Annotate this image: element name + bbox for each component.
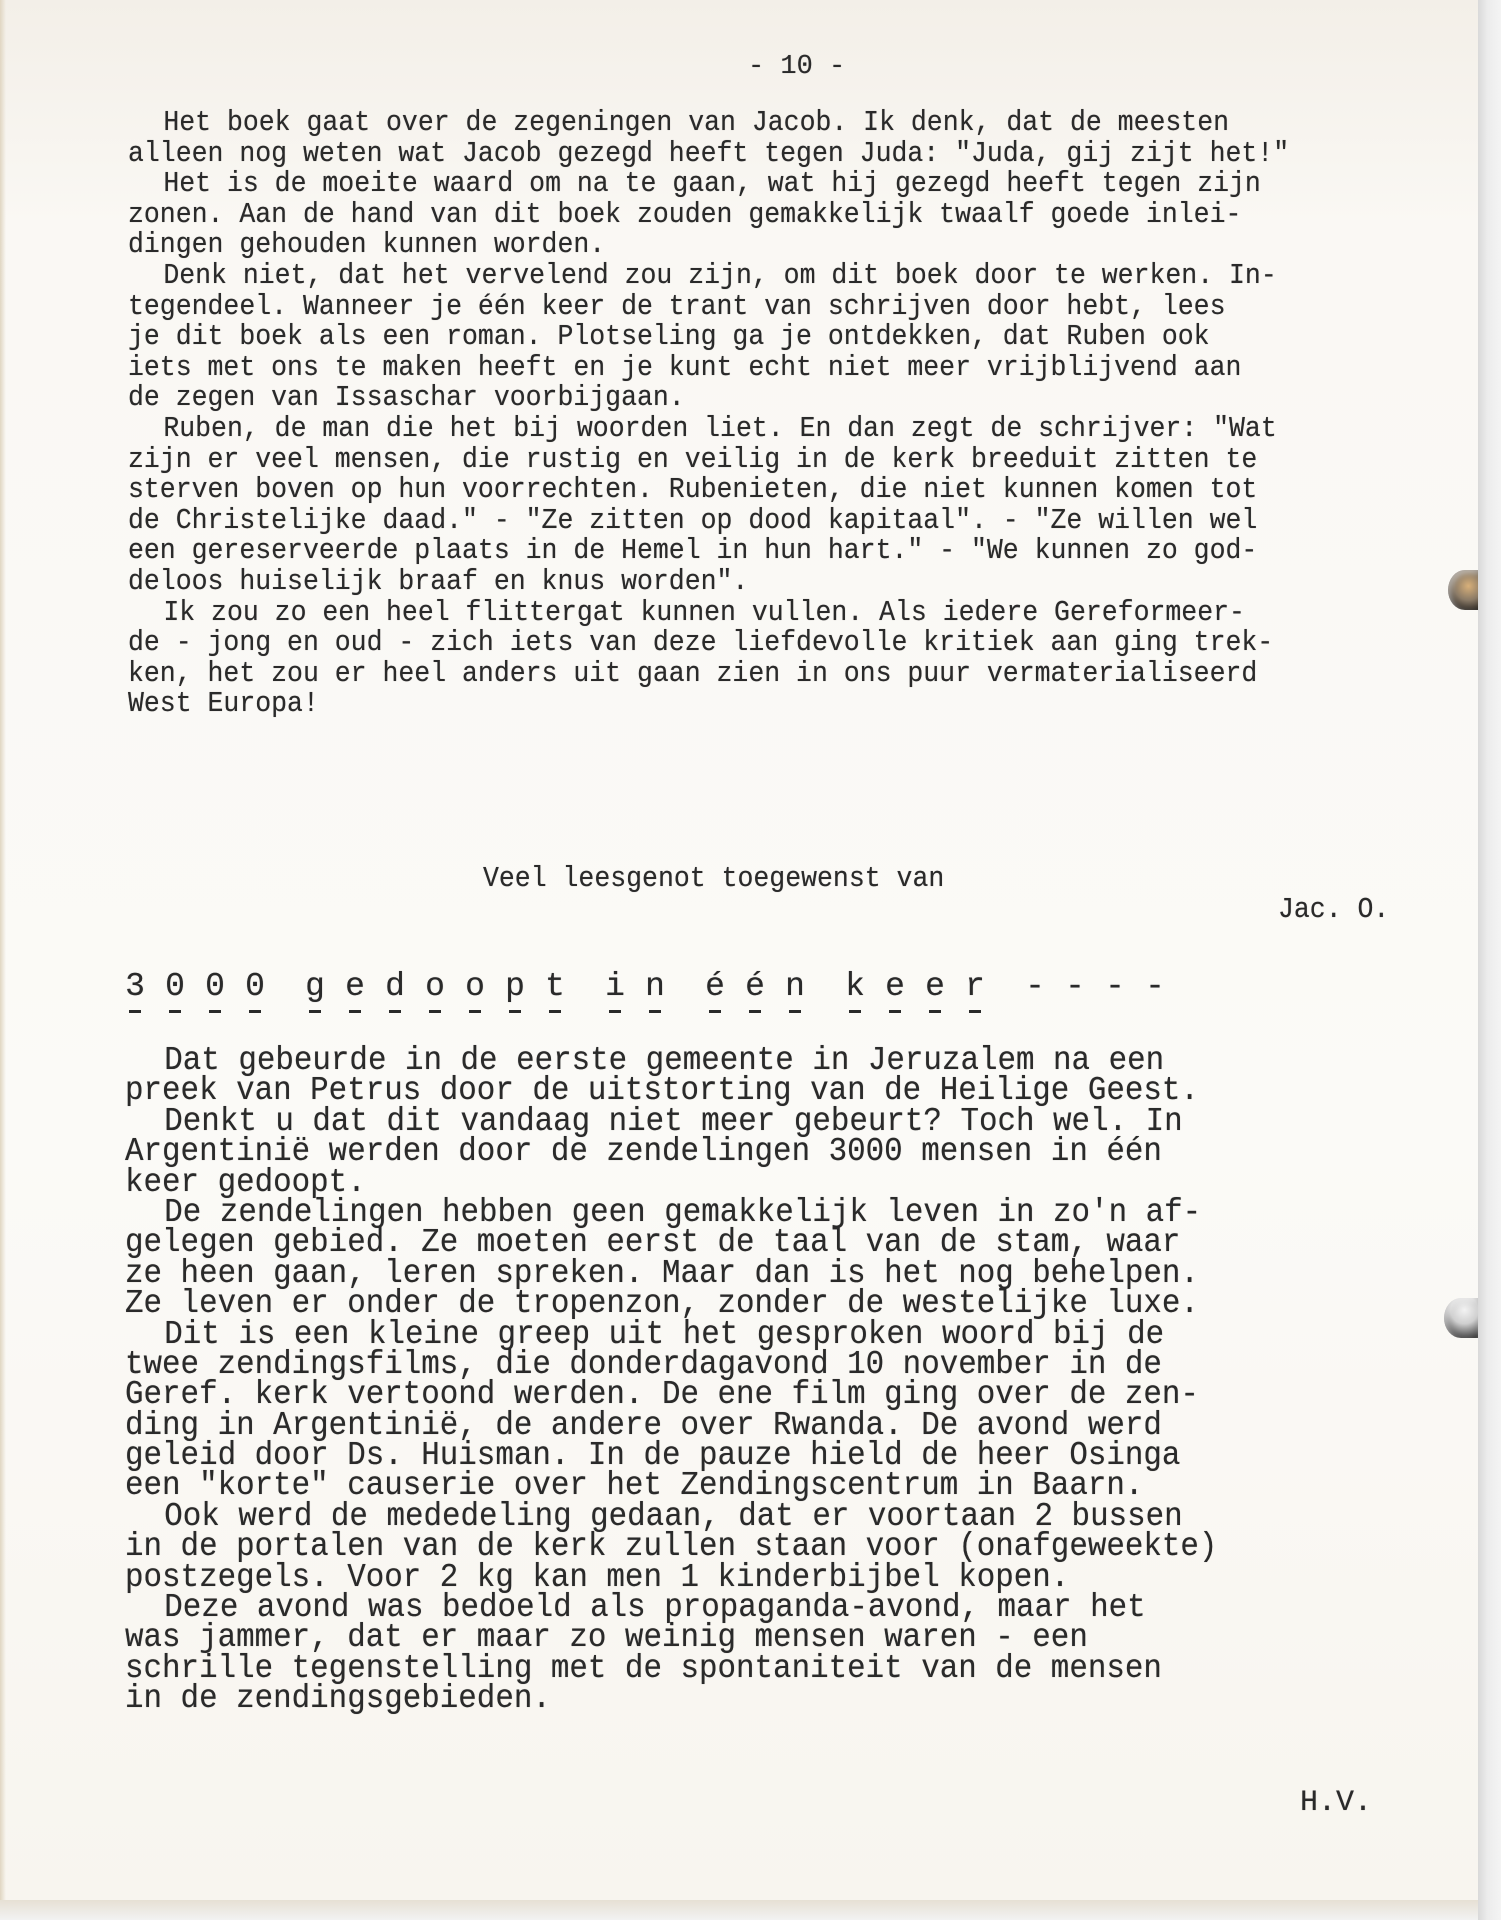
- document-page: - 10 - Het boek gaat over de zegeningen …: [0, 0, 1478, 1900]
- text-line: West Europa!: [128, 689, 1289, 720]
- heading-letter: é: [745, 968, 765, 1008]
- text-line: iets met ons te maken heeft en je kunt e…: [128, 353, 1289, 384]
- heading-letter: i: [605, 968, 625, 1008]
- heading-letter: é: [705, 968, 725, 1008]
- heading-letter: r: [965, 968, 985, 1008]
- text-line: de - jong en oud - zich iets van deze li…: [128, 628, 1289, 659]
- heading-letter: o: [465, 968, 485, 1008]
- article-heading: 3000gedooptinéénkeer----: [125, 968, 1185, 1008]
- text-line: ken, het zou er heel anders uit gaan zie…: [128, 659, 1289, 690]
- heading-dash: -: [1105, 968, 1125, 1008]
- heading-letter: e: [885, 968, 905, 1008]
- page-number: - 10 -: [748, 52, 845, 82]
- text-line: je dit boek als een roman. Plotseling ga…: [128, 322, 1289, 353]
- text-line: in de zendingsgebieden.: [125, 1684, 1217, 1714]
- heading-letter: d: [385, 968, 405, 1008]
- heading-dash: -: [1025, 968, 1045, 1008]
- author-signature-jac-o: Jac. O.: [1278, 893, 1389, 926]
- text-line: alleen nog weten wat Jacob gezegd heeft …: [128, 139, 1289, 170]
- text-line: een gereserveerde plaats in de Hemel in …: [128, 536, 1289, 567]
- page-edge-shadow: [1478, 0, 1501, 1920]
- text-line: Ze leven er onder de tropenzon, zonder d…: [125, 1289, 1217, 1319]
- heading-letter: o: [425, 968, 445, 1008]
- binder-hole-bottom: [1444, 1298, 1478, 1338]
- text-line: de Christelijke daad." - "Ze zitten op d…: [128, 506, 1289, 537]
- author-signature-hv: H.V.: [1300, 1786, 1372, 1820]
- text-line: tegendeel. Wanneer je één keer de trant …: [128, 292, 1289, 323]
- heading-letter: e: [925, 968, 945, 1008]
- heading-letter: n: [645, 968, 665, 1008]
- closing-line: Veel leesgenot toegewenst van: [483, 862, 944, 895]
- heading-dash: -: [1145, 968, 1165, 1008]
- heading-letter: 0: [205, 968, 225, 1008]
- text-line: sterven boven op hun voorrechten. Rubeni…: [128, 475, 1289, 506]
- text-line: dingen gehouden kunnen worden.: [128, 230, 1289, 261]
- text-line: Argentinië werden door de zendelingen 30…: [125, 1137, 1217, 1167]
- text-line: zijn er veel mensen, die rustig en veili…: [128, 445, 1289, 476]
- heading-letter: t: [545, 968, 565, 1008]
- text-line: Ruben, de man die het bij woorden liet. …: [128, 414, 1289, 445]
- heading-letter: e: [345, 968, 365, 1008]
- text-line: Ik zou zo een heel flittergat kunnen vul…: [128, 598, 1289, 629]
- heading-letter: g: [305, 968, 325, 1008]
- text-line: Het boek gaat over de zegeningen van Jac…: [128, 108, 1289, 139]
- baptism-article-section: Dat gebeurde in de eerste gemeente in Je…: [125, 1046, 1217, 1715]
- text-line: de zegen van Issaschar voorbijgaan.: [128, 383, 1289, 414]
- page-bottom-edge: [0, 1900, 1478, 1920]
- heading-letter: k: [845, 968, 865, 1008]
- heading-dash: -: [1065, 968, 1085, 1008]
- text-line: deloos huiselijk braaf en knus worden".: [128, 567, 1289, 598]
- text-line: Het is de moeite waard om na te gaan, wa…: [128, 169, 1289, 200]
- book-review-section: Het boek gaat over de zegeningen van Jac…: [128, 108, 1289, 720]
- heading-letter: n: [785, 968, 805, 1008]
- page-left-edge: [0, 0, 6, 1920]
- heading-letter: 0: [165, 968, 185, 1008]
- binder-hole-top: [1448, 570, 1482, 610]
- text-line: Denk niet, dat het vervelend zou zijn, o…: [128, 261, 1289, 292]
- heading-letter: p: [505, 968, 525, 1008]
- heading-letter: 3: [125, 968, 145, 1008]
- text-line: zonen. Aan de hand van dit boek zouden g…: [128, 200, 1289, 231]
- heading-letter: 0: [245, 968, 265, 1008]
